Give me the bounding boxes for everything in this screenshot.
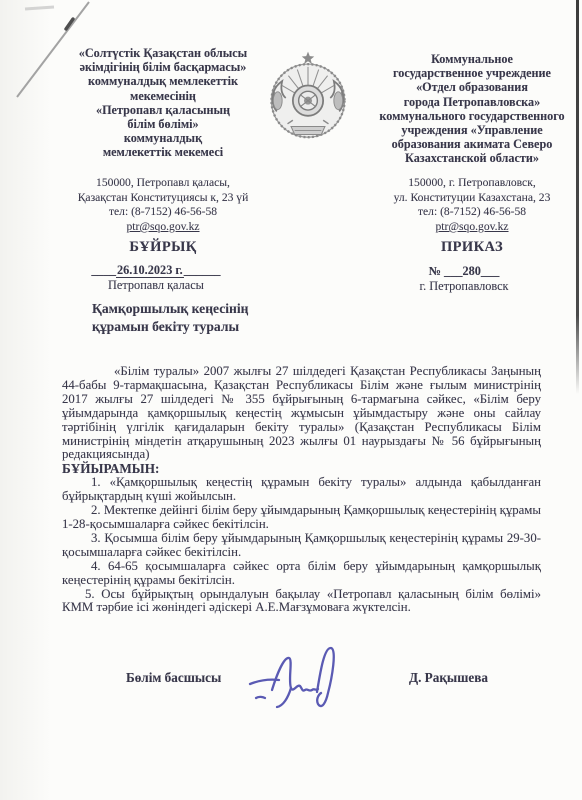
order-word-russian: ПРИКАЗ (374, 239, 570, 256)
email-address-left: ptr@sqo.gov.kz (66, 220, 260, 235)
date-blank-prefix: ____ (91, 263, 116, 277)
order-word-kazakh: БҰЙРЫҚ (66, 239, 260, 256)
legal-basis-paragraph: «Білім туралы» 2007 жылғы 27 шілдедегі Қ… (62, 365, 541, 462)
kazakhstan-coat-of-arms-icon (263, 49, 353, 147)
order-place-kazakh: Петропавл қаласы (56, 278, 256, 293)
order-number-block: № ___280___ г. Петропавловск (390, 264, 538, 294)
org-name-kazakh: «Солтүстік Қазақстан облысы әкімдігінің … (66, 46, 260, 160)
email-address-right: ptr@sqo.gov.kz (374, 220, 570, 235)
date-blank-suffix: ______ (184, 263, 221, 277)
order-date-line: ____26.10.2023 г.______ (56, 263, 256, 278)
order-body: «Білім туралы» 2007 жылғы 27 шілдедегі Қ… (62, 365, 541, 615)
order-item-4: 4. 64-65 қосымшаларға сәйкес орта білім … (62, 560, 541, 588)
scan-page-edge-line (576, 0, 579, 394)
order-item-5: 5. Осы бұйрықтың орындалуын бақылау «Пет… (62, 588, 541, 616)
order-number-line: № ___280___ (390, 264, 538, 279)
order-date-block: ____26.10.2023 г.______ Петропавл қаласы (56, 263, 256, 293)
address-block-russian: 150000, г. Петропавловск, ул. Конституци… (374, 176, 570, 234)
order-place-russian: г. Петропавловск (390, 279, 538, 294)
address-text-kazakh: 150000, Петропавл қаласы, Қазақстан Конс… (66, 176, 260, 220)
resolve-heading: БҰЙЫРАМЫН: (62, 462, 541, 476)
address-block-kazakh: 150000, Петропавл қаласы, Қазақстан Конс… (66, 176, 260, 234)
order-item-2: 2. Мектепке дейінгі білім беру ұйымдарын… (62, 504, 541, 532)
org-name-russian: Коммунальное государственное учреждение … (374, 52, 570, 166)
handwritten-signature (246, 640, 350, 718)
address-text-russian: 150000, г. Петропавловск, ул. Конституци… (374, 176, 570, 220)
order-date-value: 26.10.2023 г. (116, 263, 184, 278)
signatory-position-label: Бөлім басшысы (126, 670, 221, 686)
order-item-1: 1. «Қамқоршылық кеңестің құрамын бекіту … (62, 476, 541, 504)
order-item-3: 3. Қосымша білім беру ұйымдарының Қамқор… (62, 532, 541, 560)
signatory-name: Д. Рақышева (409, 670, 488, 686)
scanned-order-document: «Солтүстік Қазақстан облысы әкімдігінің … (0, 0, 582, 800)
scan-left-shading (0, 0, 60, 800)
order-subject-title: Қамқоршылық кеңесінің құрамын бекіту тур… (92, 300, 362, 335)
